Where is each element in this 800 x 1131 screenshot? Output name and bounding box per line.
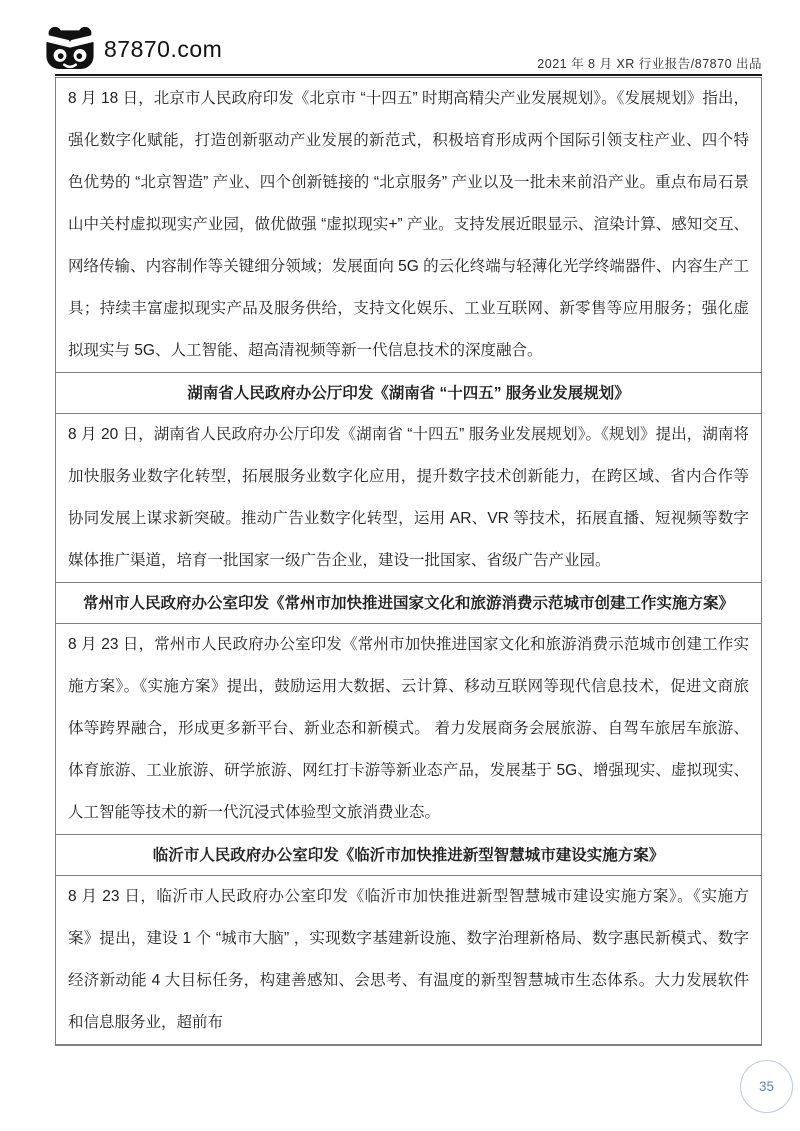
panda-logo-icon (45, 26, 95, 72)
page-number: 35 (759, 1079, 774, 1094)
news-heading-hunan: 湖南省人民政府办公厅印发《湖南省 “十四五” 服务业发展规划》 (56, 373, 761, 414)
news-paragraph-changzhou: 8 月 23 日，常州市人民政府办公室印发《常州市加快推进国家文化和旅游消费示范… (56, 624, 761, 835)
news-paragraph-beijing: 8 月 18 日，北京市人民政府印发《北京市 “十四五” 时期高精尖产业发展规划… (56, 78, 761, 373)
report-page: 87870.com 2021 年 8 月 XR 行业报告/87870 出品 8 … (0, 0, 800, 1131)
news-paragraph-linyi: 8 月 23 日，临沂市人民政府办公室印发《临沂市加快推进新型智慧城市建设实施方… (56, 876, 761, 1045)
page-number-badge: 35 (740, 1060, 793, 1113)
brand-logo: 87870.com (45, 26, 222, 72)
policy-news-table: 8 月 18 日，北京市人民政府印发《北京市 “十四五” 时期高精尖产业发展规划… (55, 77, 762, 1046)
news-paragraph-hunan: 8 月 20 日，湖南省人民政府办公厅印发《湖南省 “十四五” 服务业发展规划》… (56, 414, 761, 583)
news-heading-linyi: 临沂市人民政府办公室印发《临沂市加快推进新型智慧城市建设实施方案》 (56, 835, 761, 876)
report-info-text: 2021 年 8 月 XR 行业报告/87870 出品 (537, 54, 762, 72)
header-divider (55, 74, 762, 76)
news-heading-changzhou: 常州市人民政府办公室印发《常州市加快推进国家文化和旅游消费示范城市创建工作实施方… (56, 583, 761, 624)
brand-logo-text: 87870.com (104, 36, 222, 63)
